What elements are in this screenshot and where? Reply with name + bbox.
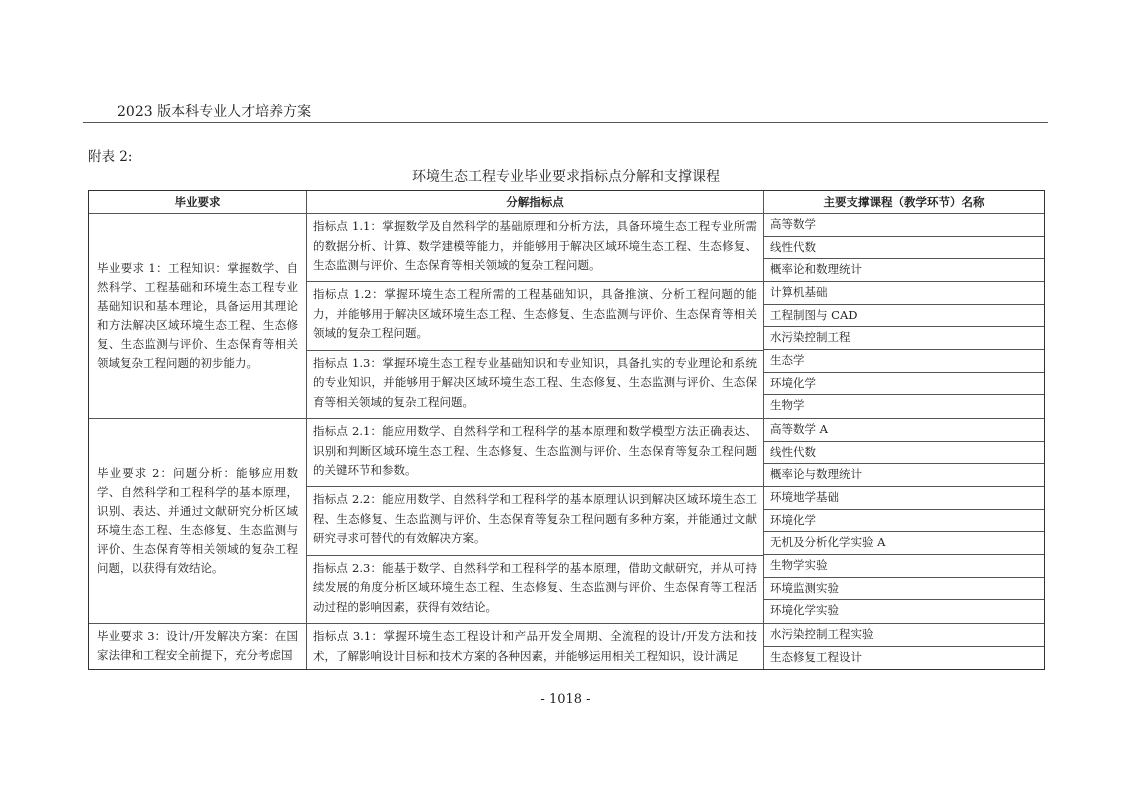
indicator-point: 指标点 1.2：掌握环境生态工程所需的工程基础知识，具备推演、分析工程问题的能力… [307,282,763,350]
course-item: 环境监测实验 [764,578,1044,601]
course-item: 高等数学 [764,214,1044,237]
requirement-group-1: 毕业要求 1：工程知识：掌握数学、自然科学、工程基础和环境生态工程专业基础知识和… [89,214,1044,419]
course-item: 计算机基础 [764,282,1044,305]
course-item: 高等数学 A [764,419,1044,442]
indicator-points: 指标点 1.1：掌握数学及自然科学的基础原理和分析方法，具备环境生态工程专业所需… [307,214,764,418]
course-item: 环境化学 [764,510,1044,533]
indicator-point: 指标点 3.1：掌握环境生态工程设计和产品开发全周期、全流程的设计/开发方法和技… [307,624,763,669]
indicator-points: 指标点 3.1：掌握环境生态工程设计和产品开发全周期、全流程的设计/开发方法和技… [307,624,764,669]
indicator-point: 指标点 2.1：能应用数学、自然科学和工程科学的基本原理和数学模型方法正确表达、… [307,419,763,487]
course-item: 线性代数 [764,237,1044,260]
course-item: 水污染控制工程实验 [764,624,1044,647]
requirement-text: 毕业要求 1：工程知识：掌握数学、自然科学、工程基础和环境生态工程专业基础知识和… [89,214,307,418]
requirement-group-3: 毕业要求 3：设计/开发解决方案：在国家法律和工程安全前提下，充分考虑国 指标点… [89,624,1044,669]
column-header-courses: 主要支撑课程（教学环节）名称 [764,191,1044,213]
requirement-text: 毕业要求 3：设计/开发解决方案：在国家法律和工程安全前提下，充分考虑国 [89,624,307,669]
course-item: 环境化学 [764,373,1044,396]
course-item: 概率论和数理统计 [764,259,1044,282]
requirements-table: 毕业要求 分解指标点 主要支撑课程（教学环节）名称 毕业要求 1：工程知识：掌握… [88,190,1045,670]
course-item: 环境化学实验 [764,600,1044,623]
table-title: 环境生态工程专业毕业要求指标点分解和支撑课程 [88,166,1044,186]
indicator-point: 指标点 2.2：能应用数学、自然科学和工程科学的基本原理认识到解决区域环境生态工… [307,487,763,555]
course-item: 生物学实验 [764,555,1044,578]
indicator-point: 指标点 2.3：能基于数学、自然科学和工程科学的基本原理，借助文献研究，并从可持… [307,556,763,623]
course-list: 高等数学 线性代数 概率论和数理统计 计算机基础 工程制图与 CAD 水污染控制… [764,214,1044,418]
indicator-point: 指标点 1.1：掌握数学及自然科学的基础原理和分析方法，具备环境生态工程专业所需… [307,214,763,282]
column-header-indicator: 分解指标点 [307,191,764,213]
indicator-point: 指标点 1.3：掌握环境生态工程专业基础知识和专业知识，具备扎实的专业理论和系统… [307,351,763,418]
header-rule [83,122,1048,123]
course-item: 环境地学基础 [764,487,1044,510]
course-list: 高等数学 A 线性代数 概率论与数理统计 环境地学基础 环境化学 无机及分析化学… [764,419,1044,623]
course-item: 概率论与数理统计 [764,464,1044,487]
course-item: 水污染控制工程 [764,327,1044,350]
requirement-text: 毕业要求 2：问题分析：能够应用数学、自然科学和工程科学的基本原理，识别、表达、… [89,419,307,623]
appendix-label: 附表 2: [88,145,132,165]
table-header-row: 毕业要求 分解指标点 主要支撑课程（教学环节）名称 [89,191,1044,214]
indicator-points: 指标点 2.1：能应用数学、自然科学和工程科学的基本原理和数学模型方法正确表达、… [307,419,764,623]
column-header-requirement: 毕业要求 [89,191,307,213]
running-header: 2023 版本科专业人才培养方案 [117,101,311,121]
course-item: 工程制图与 CAD [764,305,1044,328]
page-number: - 1018 - [0,692,1131,707]
course-item: 生态修复工程设计 [764,647,1044,670]
course-item: 生物学 [764,395,1044,418]
course-item: 无机及分析化学实验 A [764,532,1044,555]
course-list: 水污染控制工程实验 生态修复工程设计 [764,624,1044,669]
course-item: 生态学 [764,350,1044,373]
course-item: 线性代数 [764,442,1044,465]
requirement-group-2: 毕业要求 2：问题分析：能够应用数学、自然科学和工程科学的基本原理，识别、表达、… [89,419,1044,624]
